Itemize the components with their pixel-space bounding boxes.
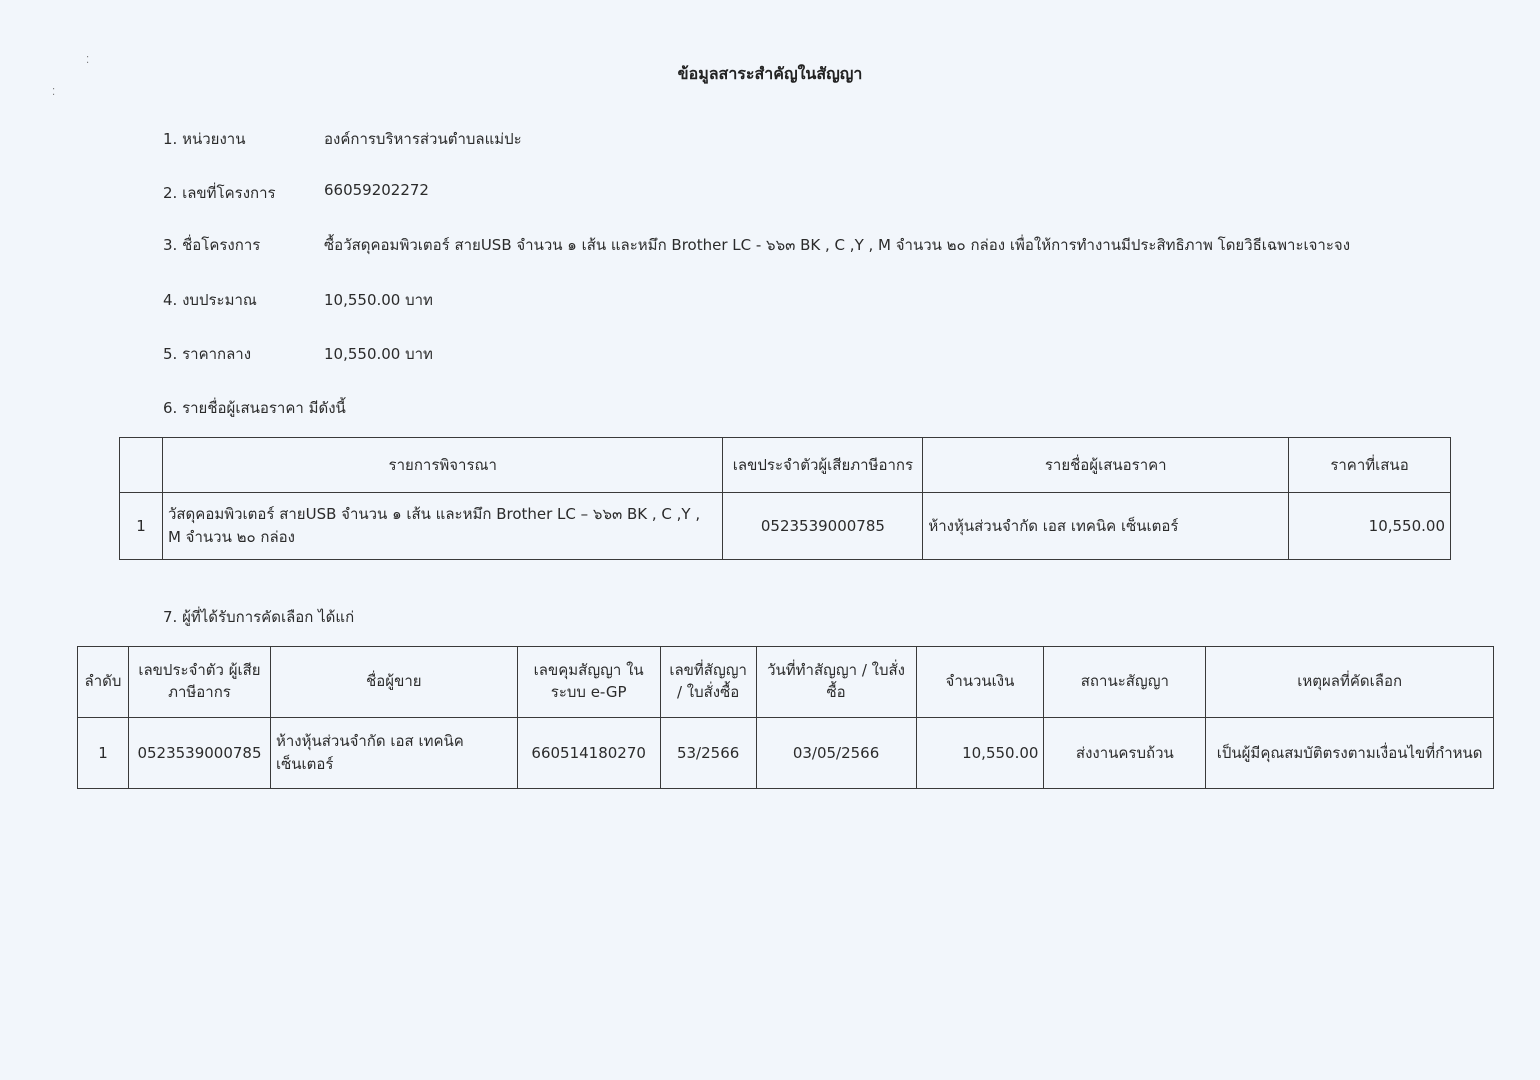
document-title: ข้อมูลสาระสำคัญในสัญญา (0, 62, 1540, 87)
field-value: 10,550.00 บาท (324, 342, 433, 366)
field-number: 5. (163, 345, 177, 363)
field-project-name: 3. ชื่อโครงการ ซื้อวัสดุคอมพิวเตอร์ สายU… (163, 233, 260, 257)
header-cell-tax-id: เลขประจำตัว ผู้เสียภาษีอากร (128, 647, 270, 718)
cell-tax-id: 0523539000785 (723, 493, 923, 560)
field-value: องค์การบริหารส่วนตำบลแม่ปะ (324, 127, 522, 151)
table-header-row: รายการพิจารณา เลขประจำตัวผู้เสียภาษีอากร… (120, 438, 1451, 493)
header-cell-bidder: รายชื่อผู้เสนอราคา (923, 438, 1289, 493)
cell-contract-number: 53/2566 (660, 718, 756, 789)
header-cell-item: รายการพิจารณา (162, 438, 722, 493)
cell-seller: ห้างหุ้นส่วนจำกัด เอส เทคนิค เซ็นเตอร์ (270, 718, 517, 789)
table-row: 1 วัสดุคอมพิวเตอร์ สายUSB จำนวน ๑ เส้น แ… (120, 493, 1451, 560)
field-label: งบประมาณ (182, 288, 257, 312)
section7-heading: 7. ผู้ที่ได้รับการคัดเลือก ได้แก่ (163, 605, 354, 629)
cell-bidder: ห้างหุ้นส่วนจำกัด เอส เทคนิค เซ็นเตอร์ (923, 493, 1289, 560)
field-number: 1. (163, 130, 177, 148)
header-cell-seller: ชื่อผู้ขาย (270, 647, 517, 718)
header-cell-status: สถานะสัญญา (1044, 647, 1206, 718)
cell-contract-date: 03/05/2566 (756, 718, 916, 789)
cell-item: วัสดุคอมพิวเตอร์ สายUSB จำนวน ๑ เส้น และ… (162, 493, 722, 560)
header-cell-reason: เหตุผลที่คัดเลือก (1206, 647, 1494, 718)
header-cell-amount: จำนวนเงิน (916, 647, 1044, 718)
cell-status: ส่งงานครบถ้วน (1044, 718, 1206, 789)
field-number: 3. (163, 236, 177, 254)
cell-order: 1 (78, 718, 129, 789)
field-label: หน่วยงาน (182, 127, 245, 151)
field-number: 4. (163, 291, 177, 309)
header-cell-contract-date: วันที่ทำสัญญา / ใบสั่งซื้อ (756, 647, 916, 718)
table-header-row: ลำดับ เลขประจำตัว ผู้เสียภาษีอากร ชื่อผู… (78, 647, 1494, 718)
cell-reason: เป็นผู้มีคุณสมบัติตรงตามเงื่อนไขที่กำหนด (1206, 718, 1494, 789)
selected-vendor-table: ลำดับ เลขประจำตัว ผู้เสียภาษีอากร ชื่อผู… (77, 646, 1494, 789)
table-row: 1 0523539000785 ห้างหุ้นส่วนจำกัด เอส เท… (78, 718, 1494, 789)
header-cell-egp-number: เลขคุมสัญญา ในระบบ e-GP (517, 647, 660, 718)
field-value: 66059202272 (324, 181, 429, 199)
scan-speck: ⁚ (52, 88, 55, 98)
field-value: 10,550.00 บาท (324, 288, 433, 312)
cell-no: 1 (120, 493, 163, 560)
cell-price: 10,550.00 (1289, 493, 1451, 560)
section6-heading: 6. รายชื่อผู้เสนอราคา มีดังนี้ (163, 396, 346, 420)
header-cell-contract-number: เลขที่สัญญา / ใบสั่งซื้อ (660, 647, 756, 718)
field-median-price: 5. ราคากลาง 10,550.00 บาท (163, 342, 251, 366)
header-cell-price: ราคาที่เสนอ (1289, 438, 1451, 493)
header-cell-tax-id: เลขประจำตัวผู้เสียภาษีอากร (723, 438, 923, 493)
header-cell-order: ลำดับ (78, 647, 129, 718)
field-label: ชื่อโครงการ (182, 233, 260, 257)
cell-egp-number: 660514180270 (517, 718, 660, 789)
field-label: ราคากลาง (182, 342, 251, 366)
field-budget: 4. งบประมาณ 10,550.00 บาท (163, 288, 257, 312)
field-agency: 1. หน่วยงาน องค์การบริหารส่วนตำบลแม่ปะ (163, 127, 245, 151)
field-label: เลขที่โครงการ (182, 181, 276, 205)
field-project-number: 2. เลขที่โครงการ 66059202272 (163, 181, 276, 205)
field-number: 2. (163, 184, 177, 202)
field-value: ซื้อวัสดุคอมพิวเตอร์ สายUSB จำนวน ๑ เส้น… (324, 233, 1350, 257)
cell-amount: 10,550.00 (916, 718, 1044, 789)
header-cell-blank (120, 438, 163, 493)
bidders-table: รายการพิจารณา เลขประจำตัวผู้เสียภาษีอากร… (119, 437, 1451, 560)
cell-tax-id: 0523539000785 (128, 718, 270, 789)
